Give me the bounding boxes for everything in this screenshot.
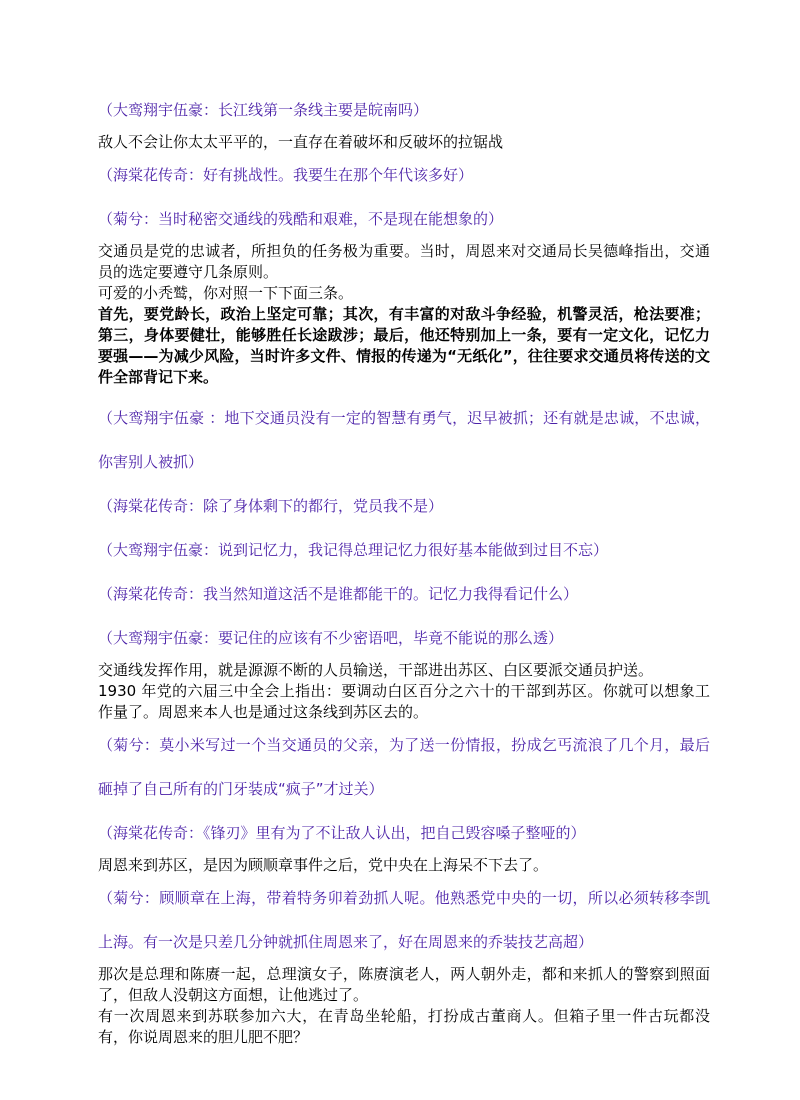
paragraph-comment: （大鸾翔宇伍豪：长江线第一条线主要是皖南吗） bbox=[98, 88, 710, 132]
paragraph-body: 有一次周恩来到苏联参加六大，在青岛坐轮船，打扮成古董商人。但箱子里一件古玩都没有… bbox=[98, 1006, 710, 1048]
paragraph-comment: （菊兮：当时秘密交通线的残酷和艰难，不是现在能想象的） bbox=[98, 197, 710, 241]
paragraph-comment: （大鸾翔宇伍豪 ：地下交通员没有一定的智慧有勇气，迟早被抓；还有就是忠诚，不忠诚… bbox=[98, 396, 710, 484]
document-page: （大鸾翔宇伍豪：长江线第一条线主要是皖南吗） 敌人不会让你太太平平的，一直存在着… bbox=[0, 0, 800, 1100]
paragraph-body: 那次是总理和陈赓一起，总理演女子，陈赓演老人，两人朝外走，都和来抓人的警察到照面… bbox=[98, 964, 710, 1006]
paragraph-body-bold: 首先，要党龄长，政治上坚定可靠；其次，有丰富的对敌斗争经验，机警灵活，枪法要准；… bbox=[98, 304, 710, 388]
paragraph-comment: （海棠花传奇：好有挑战性。我要生在那个年代该多好） bbox=[98, 153, 710, 197]
paragraph-comment: （大鸾翔宇伍豪：要记住的应该有不少密语吧，毕竟不能说的那么透） bbox=[98, 616, 710, 660]
paragraph-body: 可爱的小秃鹫，你对照一下下面三条。 bbox=[98, 283, 710, 304]
paragraph-comment: （海棠花传奇：我当然知道这活不是谁都能干的。记忆力我得看记什么） bbox=[98, 572, 710, 616]
paragraph-comment: （海棠花传奇：《锋刃》里有为了不让敌人认出，把自己毁容嗓子整哑的） bbox=[98, 811, 710, 855]
paragraph-body: 交通线发挥作用，就是源源不断的人员输送，干部进出苏区、白区要派交通员护送。 bbox=[98, 660, 710, 681]
paragraph-comment: （大鸾翔宇伍豪：说到记忆力，我记得总理记忆力很好基本能做到过目不忘） bbox=[98, 528, 710, 572]
paragraph-comment: （菊兮：莫小米写过一个当交通员的父亲，为了送一份情报，扮成乞丐流浪了几个月，最后… bbox=[98, 723, 710, 811]
paragraph-body: 交通员是党的忠诚者，所担负的任务极为重要。当时，周恩来对交通局长吴德峰指出，交通… bbox=[98, 241, 710, 283]
paragraph-comment: （海棠花传奇：除了身体剩下的都行，党员我不是） bbox=[98, 484, 710, 528]
paragraph-comment: （菊兮：顾顺章在上海，带着特务卯着劲抓人呢。他熟悉党中央的一切，所以必须转移李凯… bbox=[98, 876, 710, 964]
document-content: （大鸾翔宇伍豪：长江线第一条线主要是皖南吗） 敌人不会让你太太平平的，一直存在着… bbox=[98, 88, 710, 1048]
paragraph-body: 1930 年党的六届三中全会上指出：要调动白区百分之六十的干部到苏区。你就可以想… bbox=[98, 681, 710, 723]
paragraph-body: 周恩来到苏区，是因为顾顺章事件之后，党中央在上海呆不下去了。 bbox=[98, 855, 710, 876]
paragraph-body: 敌人不会让你太太平平的，一直存在着破坏和反破坏的拉锯战 bbox=[98, 132, 710, 153]
